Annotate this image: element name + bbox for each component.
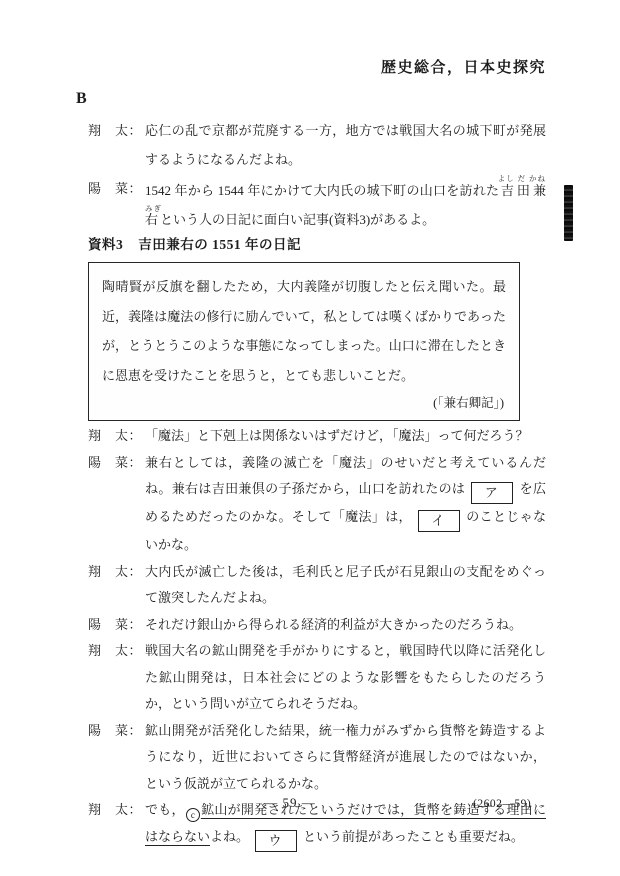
speaker-name: 陽 菜： <box>88 612 145 639</box>
speaker-name: 翔 太： <box>88 797 145 824</box>
answer-blank-box-ア: ア <box>471 482 513 504</box>
utterance-text: 大内氏が滅亡した後は，毛利氏と尼子氏が石見銀山の支配をめぐって激突したんだよね。 <box>145 559 546 612</box>
page-number: — 59 — <box>230 795 350 811</box>
utterance-text: 鉱山開発が活発化した結果，統一権力がみずから貨幣を鋳造するようになり，近世におい… <box>145 718 546 798</box>
utterance-text: 応仁の乱で京都が荒廃する一方，地方では戦国大名の城下町が発展するようになるんだよ… <box>145 116 546 174</box>
speaker-name: 翔 太： <box>88 559 145 586</box>
source-heading: 資料3吉田兼右の 1551 年の日記 <box>88 233 520 253</box>
utterance-text: それだけ銀山から得られる経済的利益が大きかったのだろうね。 <box>145 612 546 639</box>
utterance-text: 1542 年から 1544 年にかけて大内氏の城下町の山口を訪れた吉田兼右よし … <box>145 174 546 234</box>
page-edge-binding-mark <box>564 185 573 241</box>
source-citation: (「兼右卿記」) <box>102 390 506 416</box>
circled-c-marker: c <box>186 808 200 822</box>
ruby-annotated-name: 吉田兼右よし だ かねみぎ <box>145 183 546 227</box>
utterance-text: 「魔法」と下剋上は関係ないはずだけど，「魔法」って何だろう？ <box>145 423 546 450</box>
speaker-name: 陽 菜： <box>88 718 145 745</box>
dialogue-turn: 陽 菜：兼右としては，義隆の滅亡を「魔法」のせいだと考えているんだね。兼右は吉田… <box>88 450 546 559</box>
dialogue-turn: 翔 太：大内氏が滅亡した後は，毛利氏と尼子氏が石見銀山の支配をめぐって激突したん… <box>88 559 546 612</box>
speaker-name: 翔 太： <box>88 423 145 450</box>
utterance-text: 兼右としては，義隆の滅亡を「魔法」のせいだと考えているんだね。兼右は吉田兼倶の子… <box>145 450 546 559</box>
speaker-name: 翔 太： <box>88 116 145 145</box>
source-title: 吉田兼右の 1551 年の日記 <box>138 237 301 252</box>
utterance-text: 戦国大名の鉱山開発を手がかりにすると，戦国時代以降に活発化した鉱山開発は，日本社… <box>145 638 546 718</box>
source-label: 資料3 <box>88 237 123 252</box>
speaker-name: 陽 菜： <box>88 450 145 477</box>
dialogue-turn: 翔 太：戦国大名の鉱山開発を手がかりにすると，戦国時代以降に活発化した鉱山開発は… <box>88 638 546 718</box>
dialogue-turn: 陽 菜：1542 年から 1544 年にかけて大内氏の城下町の山口を訪れた吉田兼… <box>88 174 546 234</box>
document-code: (2602—59) <box>473 798 531 810</box>
answer-blank-box-ウ: ウ <box>255 830 297 852</box>
source-text-box: 陶晴賢が反旗を翻したため，大内義隆が切腹したと伝え聞いた。最近，義隆は魔法の修行… <box>88 262 520 421</box>
speaker-name: 翔 太： <box>88 638 145 665</box>
source-body-text: 陶晴賢が反旗を翻したため，大内義隆が切腹したと伝え聞いた。最近，義隆は魔法の修行… <box>102 272 506 390</box>
dialogue-block-top: 翔 太：応仁の乱で京都が荒廃する一方，地方では戦国大名の城下町が発展するようにな… <box>88 116 546 234</box>
section-label: B <box>76 90 87 108</box>
exam-page: 歴史総合，日本史探究 B 翔 太：応仁の乱で京都が荒廃する一方，地方では戦国大名… <box>0 0 620 876</box>
answer-blank-box-イ: イ <box>418 510 460 532</box>
dialogue-turn: 翔 太：「魔法」と下剋上は関係ないはずだけど，「魔法」って何だろう？ <box>88 423 546 450</box>
dialogue-turn: 陽 菜：鉱山開発が活発化した結果，統一権力がみずから貨幣を鋳造するようになり，近… <box>88 718 546 798</box>
dialogue-block-bottom: 翔 太：「魔法」と下剋上は関係ないはずだけど，「魔法」って何だろう？陽 菜：兼右… <box>88 423 546 852</box>
dialogue-turn: 翔 太：応仁の乱で京都が荒廃する一方，地方では戦国大名の城下町が発展するようにな… <box>88 116 546 174</box>
speaker-name: 陽 菜： <box>88 174 145 203</box>
source-document-block: 資料3吉田兼右の 1551 年の日記 陶晴賢が反旗を翻したため，大内義隆が切腹し… <box>88 233 520 421</box>
page-header-title: 歴史総合，日本史探究 <box>381 56 546 77</box>
dialogue-turn: 陽 菜：それだけ銀山から得られる経済的利益が大きかったのだろうね。 <box>88 612 546 639</box>
